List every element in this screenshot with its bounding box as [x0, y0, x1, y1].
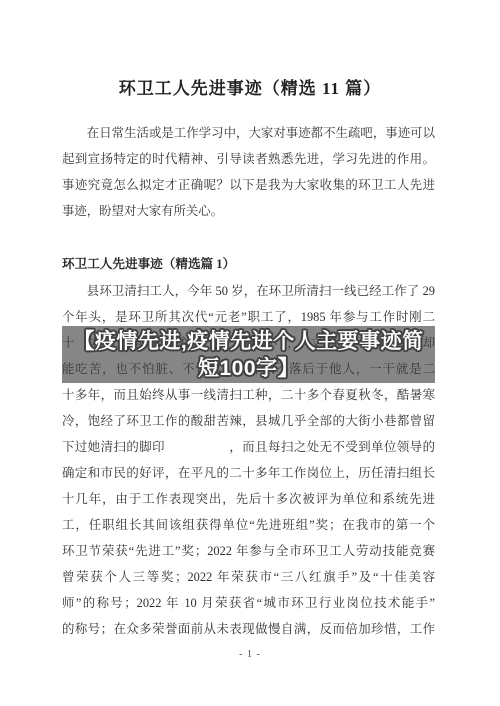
text-line: 曾荣获个人三等奖；2022 年荣获市“三八红旗手”及“十佳美容	[62, 564, 435, 590]
text-line: 事迹，盼望对大家有所关心。	[62, 198, 435, 224]
text-line: 事迹究竟怎么拟定才正确呢？以下是我为大家收集的环卫工人先进	[62, 172, 435, 198]
text-line: 确定和市民的好评，在平凡的二十多年工作岗位上，历任清扫组长	[62, 460, 435, 486]
intro-paragraph: 在日常生活或是工作学习中，大家对事迹都不生疏吧，事迹可以起到宣扬特定的时代精神、…	[62, 120, 435, 224]
section-heading: 环卫工人先进事迹（精选篇 1）	[62, 251, 235, 277]
page-number: - 1 -	[0, 649, 500, 660]
text-line: 起到宣扬特定的时代精神、引导读者熟悉先进，学习先进的作用。	[62, 146, 435, 172]
watermark-text-line2: 短100字】	[198, 355, 299, 382]
text-line: 师”的称号；2022 年 10 月荣获省“城市环卫行业岗位技术能手”	[62, 590, 435, 616]
text-line: 环卫节荣获“先进工”奖；2022 年参与全市环卫工人劳动技能竞赛	[62, 538, 435, 564]
text-line: 工，任职组长其间该组获得单位“先进班组”奖；在我市的第一个	[62, 512, 435, 538]
document-page: 环卫工人先进事迹（精选 11 篇） 在日常生活或是工作学习中，大家对事迹都不生疏…	[0, 0, 500, 706]
text-line: 下过她清扫的脚印 ，而且每扫之处无不受到单位领导的	[62, 434, 435, 460]
text-line: 十多年，而且始终从事一线清扫工种，二十多个春夏秋冬，酷暑寒	[62, 382, 435, 408]
text-line: 县环卫清扫工人，今年 50 岁，在环卫所清扫一线已经工作了 29	[62, 278, 435, 304]
text-line: 的称号；在众多荣誉面前从未表现做慢自满，反而倍加珍惜，工作	[62, 616, 435, 642]
page-title: 环卫工人先进事迹（精选 11 篇）	[0, 74, 500, 99]
text-line: 十几年，由于工作表现突出，先后十多次被评为单位和系统先进	[62, 486, 435, 512]
watermark-overlay: 【疫情先进,疫情先进个人主要事迹简 短100字】	[62, 326, 435, 383]
watermark-text-line1: 【疫情先进,疫情先进个人主要事迹简	[73, 328, 423, 355]
text-line: 在日常生活或是工作学习中，大家对事迹都不生疏吧，事迹可以	[62, 120, 435, 146]
text-line: 冷，饱经了环卫工作的酸甜苦辣，县城几乎全部的大街小巷都曾留	[62, 408, 435, 434]
